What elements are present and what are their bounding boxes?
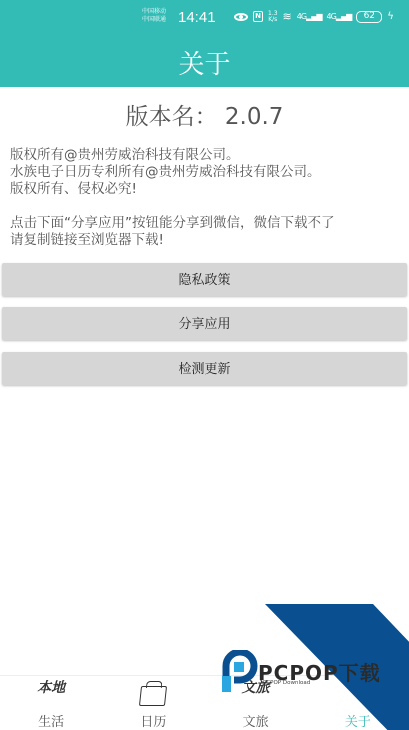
nav-item-life[interactable]: 本地 生活 bbox=[0, 676, 102, 730]
status-icons: N 1.3 K/s ≋ 4G▂▄▆ 4G▂▄▆ 62 ϟ bbox=[234, 10, 394, 23]
wifi-icon: ≋ bbox=[283, 10, 292, 23]
info-line: 请复制链接至浏览器下载! bbox=[10, 232, 405, 249]
watermark-sub: PCPOP Download bbox=[263, 680, 310, 686]
eye-icon bbox=[234, 13, 248, 21]
copyright-info: 版权所有@贵州劳威治科技有限公司。 水族电子日历专利所有@贵州劳威治科技有限公司… bbox=[10, 147, 405, 249]
nav-label: 文旅 bbox=[205, 711, 307, 730]
check-update-button[interactable]: 检测更新 bbox=[2, 352, 407, 385]
page-title: 关于 bbox=[0, 44, 409, 81]
local-life-icon: 本地 bbox=[36, 682, 66, 708]
signal-icon: 4G▂▄▆ bbox=[297, 12, 322, 21]
version-name: 版本名： 2.0.7 bbox=[0, 98, 409, 131]
nav-item-calendar[interactable]: 日历 bbox=[102, 676, 204, 730]
nfc-icon: N bbox=[253, 11, 263, 22]
status-bar: 中国移动 中国联通 14:41 N 1.3 K/s ≋ 4G▂▄▆ 4G▂▄▆ … bbox=[0, 0, 409, 34]
net-speed: 1.3 K/s bbox=[268, 11, 278, 23]
app-header: 中国移动 中国联通 14:41 N 1.3 K/s ≋ 4G▂▄▆ 4G▂▄▆ … bbox=[0, 0, 409, 87]
signal-icon: 4G▂▄▆ bbox=[327, 12, 352, 21]
clock: 14:41 bbox=[178, 9, 216, 26]
nav-label: 日历 bbox=[102, 711, 204, 730]
carrier-info: 中国移动 中国联通 bbox=[142, 8, 166, 24]
carrier-1: 中国移动 bbox=[142, 8, 166, 16]
carrier-2: 中国联通 bbox=[142, 16, 166, 24]
calendar-icon bbox=[139, 686, 167, 706]
battery-icon: 62 bbox=[356, 11, 382, 23]
nav-label: 生活 bbox=[0, 711, 102, 730]
watermark-logo-icon bbox=[222, 650, 258, 692]
info-line: 点击下面“分享应用”按钮能分享到微信，微信下载不了 bbox=[10, 215, 405, 232]
privacy-policy-button[interactable]: 隐私政策 bbox=[2, 263, 407, 296]
share-app-button[interactable]: 分享应用 bbox=[2, 307, 407, 340]
info-line: 版权所有、侵权必究! bbox=[10, 181, 405, 198]
charging-icon: ϟ bbox=[387, 11, 394, 22]
info-line: 版权所有@贵州劳威治科技有限公司。 bbox=[10, 147, 405, 164]
info-line: 水族电子日历专利所有@贵州劳威治科技有限公司。 bbox=[10, 164, 405, 181]
